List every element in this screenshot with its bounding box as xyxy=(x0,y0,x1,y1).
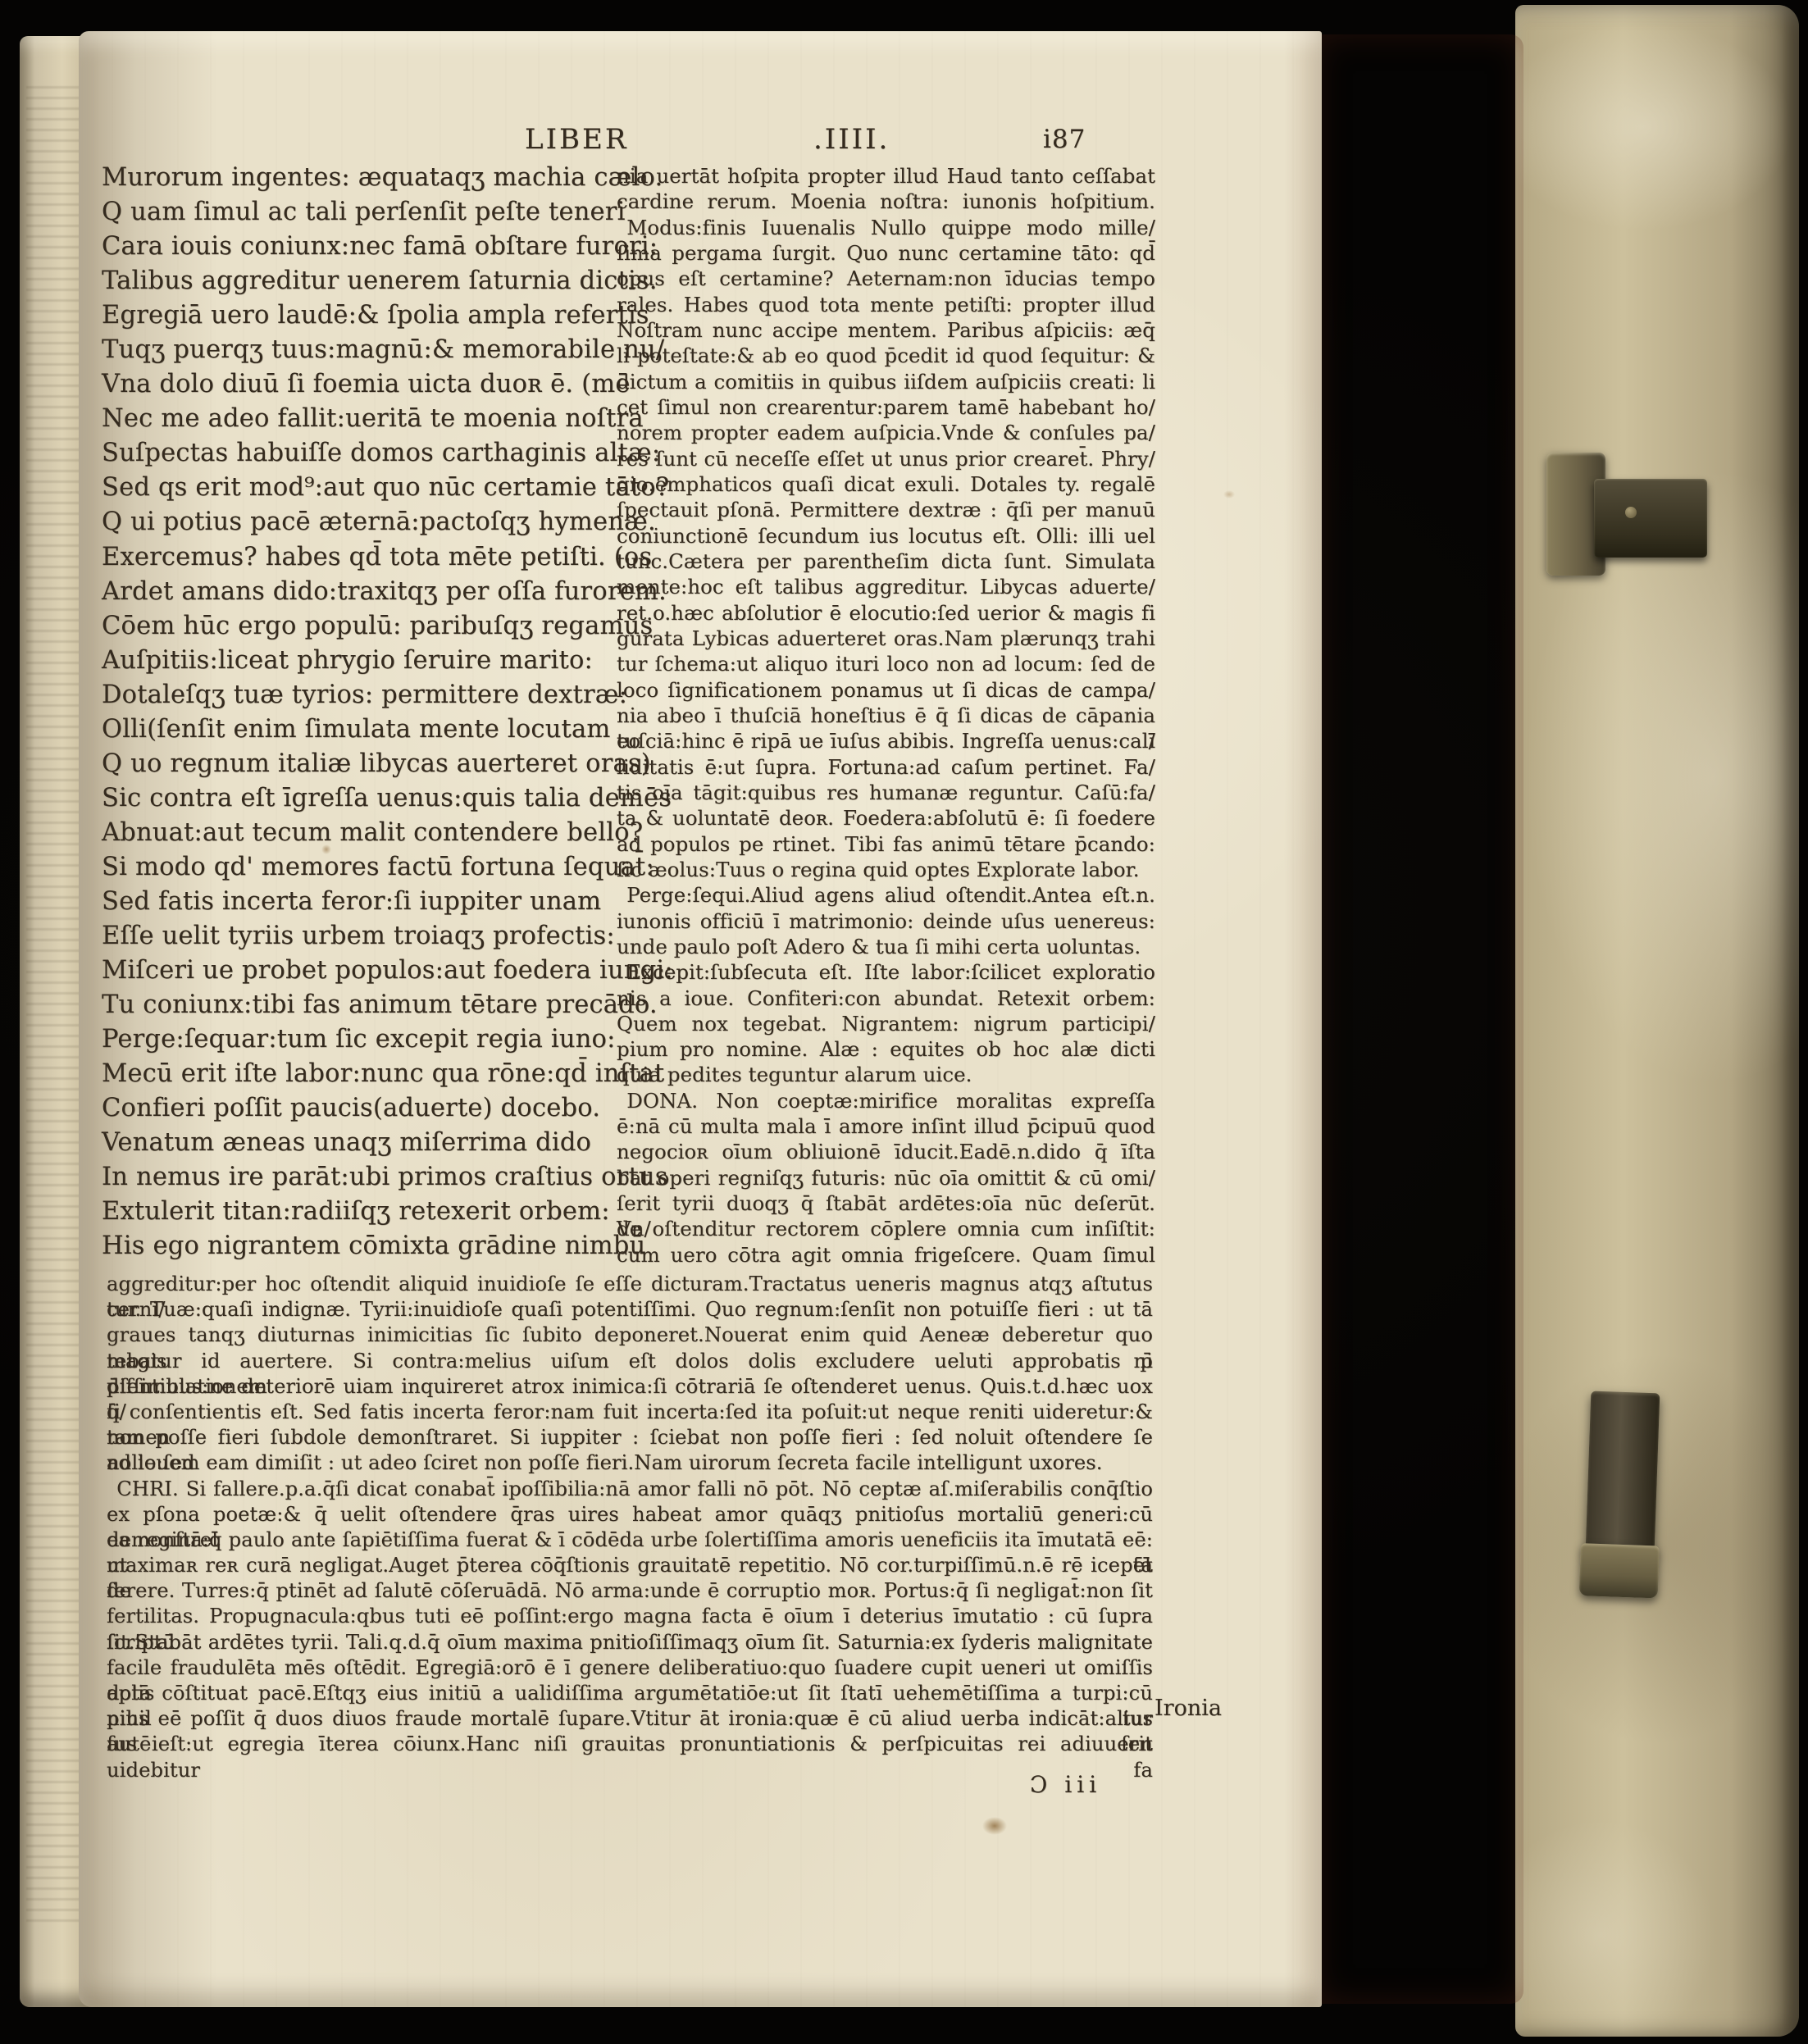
text-line: facile fraudulēta mēs oſtēdit. Egregiā:o… xyxy=(107,1655,1153,1681)
text-line: Sic contra eſt īgreſſa uenus:quis talia … xyxy=(102,781,618,816)
stain-spot xyxy=(1223,490,1235,498)
text-line: nia uertāt hoſpita propter illud Haud ta… xyxy=(617,163,1155,189)
text-line: ad iouem eam dimiſit : ut adeo ſciret no… xyxy=(107,1450,1153,1476)
text-line: Perge:ſequi.Aliud agens aliud oſtendit.A… xyxy=(617,882,1155,908)
text-line: Exercemus? habes qd̄ tota mēte petiſti. … xyxy=(102,540,618,575)
text-line: iunonis officiū ī matrimonio: deinde uſu… xyxy=(617,908,1155,934)
commentary-column: nia uertāt hoſpita propter illud Haud ta… xyxy=(617,163,1155,1268)
text-line: unde paulo poſt Adero & tua ſi mihi cert… xyxy=(617,934,1155,959)
text-line: Quem nox tegebat. Nigrantem: nigrum part… xyxy=(617,1011,1155,1036)
text-line: pius eē poſſit q̄ duos diuos fraude mort… xyxy=(107,1706,1153,1732)
text-line: Cōem hūc ergo populū: paribuſqʒ regamus xyxy=(102,609,618,644)
text-line: Talibus aggreditur uenerem ſaturnia dict… xyxy=(102,264,618,298)
text-line: Noſtram nunc accipe mentem. Paribus aſpi… xyxy=(617,317,1155,343)
text-line: cet ſimul non crearentur:parem tamē habe… xyxy=(617,394,1155,420)
text-line: ta & uoluntatē deoʀ. Foedera:abſolutū ē:… xyxy=(617,805,1155,831)
text-line: ſi conſentientis eſt. Sed fatis incerta … xyxy=(107,1400,1153,1425)
text-line: Ardet amans dido:traxitqʒ per oſſa furor… xyxy=(102,575,618,609)
stain-spot xyxy=(982,1817,1007,1835)
text-line: Extulerit titan:radiiſqʒ retexerit orbem… xyxy=(102,1195,618,1229)
running-title: LIBER .IIII. i87 xyxy=(102,123,1153,159)
book-photo: LIBER .IIII. i87 Murorum ingentes: æquat… xyxy=(0,0,1808,2044)
text-line: Suſpectas habuiſſe domos carthaginis alt… xyxy=(102,436,618,471)
text-line: ſit.Stabāt ardētes tyrii. Tali.q.d.q̄ oī… xyxy=(107,1630,1153,1655)
text-line: aptā cōſtituat pacē.Eſtqʒ eius initiū a … xyxy=(107,1681,1153,1706)
red-sprinkled-fore-edge xyxy=(1317,34,1523,2004)
text-line: pium pro nomine. Alæ : equites ob hoc al… xyxy=(617,1036,1155,1062)
text-line: Dotaleſqʒ tuæ tyrios: permittere dextræ: xyxy=(102,678,618,712)
text-line: Q ui potius pacē æternā:pactoſqʒ hymenæ. xyxy=(102,505,618,539)
text-line: tur ſchema:ut aliquo ituri loco non ad l… xyxy=(617,651,1155,676)
text-line: Perge:ſequar:tum ſic excepit regia iuno: xyxy=(102,1022,618,1057)
text-line: dictum a comitiis in quibus iiſdem auſpi… xyxy=(617,369,1155,394)
text-line: Mecū erit iſte labor:nunc qua rōne:qd̄ i… xyxy=(102,1057,618,1091)
text-line: bat operi regniſqʒ futuris: nūc oīa omit… xyxy=(617,1165,1155,1190)
text-line: de oſtenditur rectorem cōplere omnia cum… xyxy=(617,1216,1155,1241)
text-line: liditatis ē:ut ſupra. Fortuna:ad caſum p… xyxy=(617,754,1155,780)
text-line: tur. Tuæ:quaſi indignæ. Tyrii:inuidioſe … xyxy=(107,1297,1153,1322)
clasp-top xyxy=(1546,448,1707,580)
clasp-pin-icon xyxy=(1625,507,1637,518)
text-line: Miſceri ue probet populos:aut foedera iu… xyxy=(102,954,618,988)
text-line: non poſſe fieri ſubdole demonſtraret. Si… xyxy=(107,1425,1153,1450)
text-line: negocioʀ oīum obliuionē īducit.Eadē.n.di… xyxy=(617,1139,1155,1164)
text-line: Q uam ſimul ac tali perſenſit peſte tene… xyxy=(102,195,618,230)
text-line: ſpectauit pſonā. Permittere dextræ : q̄ſ… xyxy=(617,497,1155,522)
text-line: Confieri poſſit paucis(aduerte) docebo. xyxy=(102,1091,618,1126)
text-line: p̄ſentibus:ne deteriorē uiam inquireret … xyxy=(107,1374,1153,1400)
text-line: In nemus ire parāt:ubi primos craſtius o… xyxy=(102,1160,618,1195)
text-line: Excepit:ſubſecuta eſt. Iſte labor:ſcilic… xyxy=(617,959,1155,985)
text-line: tebatur id auertere. Si contra:melius ui… xyxy=(107,1349,1153,1374)
text-line: aggreditur:per hoc oſtendit aliquid inui… xyxy=(107,1272,1153,1297)
page-number: i87 xyxy=(1043,125,1086,154)
text-line: rales. Habes quod tota mente petiſti: pr… xyxy=(617,292,1155,317)
text-line: fertilitas. Propugnacula:qbus tuti eē po… xyxy=(107,1604,1153,1629)
text-line: tunc.Cætera per parentheſim dicta ſunt. … xyxy=(617,549,1155,574)
text-line: Modus:finis Iuuenalis Nullo quippe modo … xyxy=(617,215,1155,240)
text-line: Murorum ingentes: æquataqʒ machia cælo. xyxy=(102,161,618,195)
text-line: norem propter eadem auſpicia.Vnde & conſ… xyxy=(617,420,1155,445)
text-line: Tuqʒ puerqʒ tuus:magnū:& memorabile nu/ xyxy=(102,333,618,367)
text-line: Q uo regnum italiæ libycas auerteret ora… xyxy=(102,747,618,781)
text-line: ē:nā cū multa mala ī amore inſint illud … xyxy=(617,1113,1155,1139)
bottom-commentary: aggreditur:per hoc oſtendit aliquid inui… xyxy=(107,1272,1153,1758)
vellum-cover xyxy=(1515,5,1799,2037)
margin-note-ironia: Ironia xyxy=(1154,1696,1222,1721)
text-line: Eſſe uelit tyriis urbem troiaqʒ profecti… xyxy=(102,919,618,954)
text-line: ex pſona poetæ:& q̄ uelit oſtendere q̄ra… xyxy=(107,1502,1153,1527)
text-line: Abnuat:aut tecum malit contendere bello? xyxy=(102,816,618,850)
text-line: res ſunt cū neceſſe eſſet ut unus prior … xyxy=(617,446,1155,471)
text-line: Olli(ſenſit enim ſimulata mente locutam xyxy=(102,712,618,747)
text-line: quia pedites teguntur alarum uice. xyxy=(617,1062,1155,1087)
text-line: nis a ioue. Confiteri:con abundat. Retex… xyxy=(617,986,1155,1011)
text-line: tuſciā:hinc ē ripā ue īuſus abibis. Ingr… xyxy=(617,728,1155,753)
text-line: ſima pergama ſurgit. Quo nunc certamine … xyxy=(617,240,1155,266)
clasp-tip-icon xyxy=(1579,1543,1660,1598)
text-line: ret.o.hæc abſolutior ē elocutio:ſed ueri… xyxy=(617,600,1155,626)
verse-column: Murorum ingentes: æquataqʒ machia cælo.Q… xyxy=(102,161,618,1264)
text-line: opus eſt certamine? Aeternam:non īducias… xyxy=(617,266,1155,291)
text-line: Tu coniunx:tibi fas animum tētare precād… xyxy=(102,988,618,1022)
text-line: mente:hoc eſt talibus aggreditur. Libyca… xyxy=(617,574,1155,599)
running-title-book: LIBER xyxy=(525,123,628,156)
text-line: Venatum æneas unaqʒ miſerrima dido xyxy=(102,1126,618,1160)
text-line: tis oīa tāgit:quibus res humanæ reguntur… xyxy=(617,780,1155,805)
text-line: Sed qs erit mod⁹:aut quo nūc certamie tā… xyxy=(102,471,618,505)
running-title-number: .IIII. xyxy=(813,123,890,156)
text-line: Si modo qd' memores factū fortuna ſequat… xyxy=(102,850,618,885)
text-line: CHRI. Si fallere.p.a.q̄ſi dicat conabat̄… xyxy=(107,1477,1153,1502)
clasp-bottom xyxy=(1578,1391,1670,1600)
text-line: maximaʀ reʀ curā negligat.Auget p̄terea … xyxy=(107,1553,1153,1578)
text-line: Egregiā uero laudē:& ſpolia ampla refert… xyxy=(102,298,618,333)
text-line: DONA. Non coeptæ:mirifice moralitas expr… xyxy=(617,1088,1155,1113)
text-line: nia abeo ī thuſciā honeſtius ē q̄ ſi dic… xyxy=(617,703,1155,728)
text-line: ſerere. Turres:q̄ ptinēt ad ſalutē cōſer… xyxy=(107,1578,1153,1604)
text-line: ad populos pe rtinet. Tibi fas animū tēt… xyxy=(617,831,1155,857)
text-line: ſic æolus:Tuus o regina quid optes Explo… xyxy=(617,857,1155,882)
text-line: ea reginā:q̄ paulo ante ſapiētiſſima fue… xyxy=(107,1527,1153,1553)
text-line: ſerit tyrii duoqʒ q̄ ſtabāt ardētes:oīa … xyxy=(617,1190,1155,1216)
text-line: ſus ieſt:ut egregia īterea cōiunx.Hanc n… xyxy=(107,1732,1153,1757)
text-line: coniunctionē ſecundum ius locutus eſt. O… xyxy=(617,523,1155,549)
clasp-strap-icon xyxy=(1586,1391,1660,1555)
text-line: gurata Lybicas aduerteret oras.Nam plæru… xyxy=(617,626,1155,651)
text-line: gio:emphaticos quaſi dicat exuli. Dotale… xyxy=(617,471,1155,497)
text-line: cardine rerum. Moenia noſtra: iunonis ho… xyxy=(617,189,1155,214)
text-line: loco ſignificationem ponamus ut ſi dicas… xyxy=(617,677,1155,703)
clasp-strap-icon xyxy=(1594,479,1707,558)
text-line: Vna dolo diuū ſi foemia uicta duoʀ ē. (m… xyxy=(102,367,618,402)
text-line: li poteſtate:& ab eo quod p̄cedit id quo… xyxy=(617,343,1155,368)
text-line: Nec me adeo fallit:ueritā te moenia noſt… xyxy=(102,402,618,436)
text-line: Cara iouis coniunx:nec famā obſtare furo… xyxy=(102,230,618,264)
signature-mark: Ɔ iii xyxy=(1030,1771,1101,1798)
text-line: graues tanqʒ diuturnas inimicitias ſic ſ… xyxy=(107,1322,1153,1348)
text-line: His ego nigrantem cōmixta grādine nimbū xyxy=(102,1229,618,1263)
text-line: Auſpitiis:liceat phrygio ſeruire marito: xyxy=(102,644,618,678)
text-line: Sed fatis incerta feror:ſi iuppiter unam xyxy=(102,885,618,919)
text-line: cum uero cōtra agit omnia frigeſcere. Qu… xyxy=(617,1242,1155,1268)
